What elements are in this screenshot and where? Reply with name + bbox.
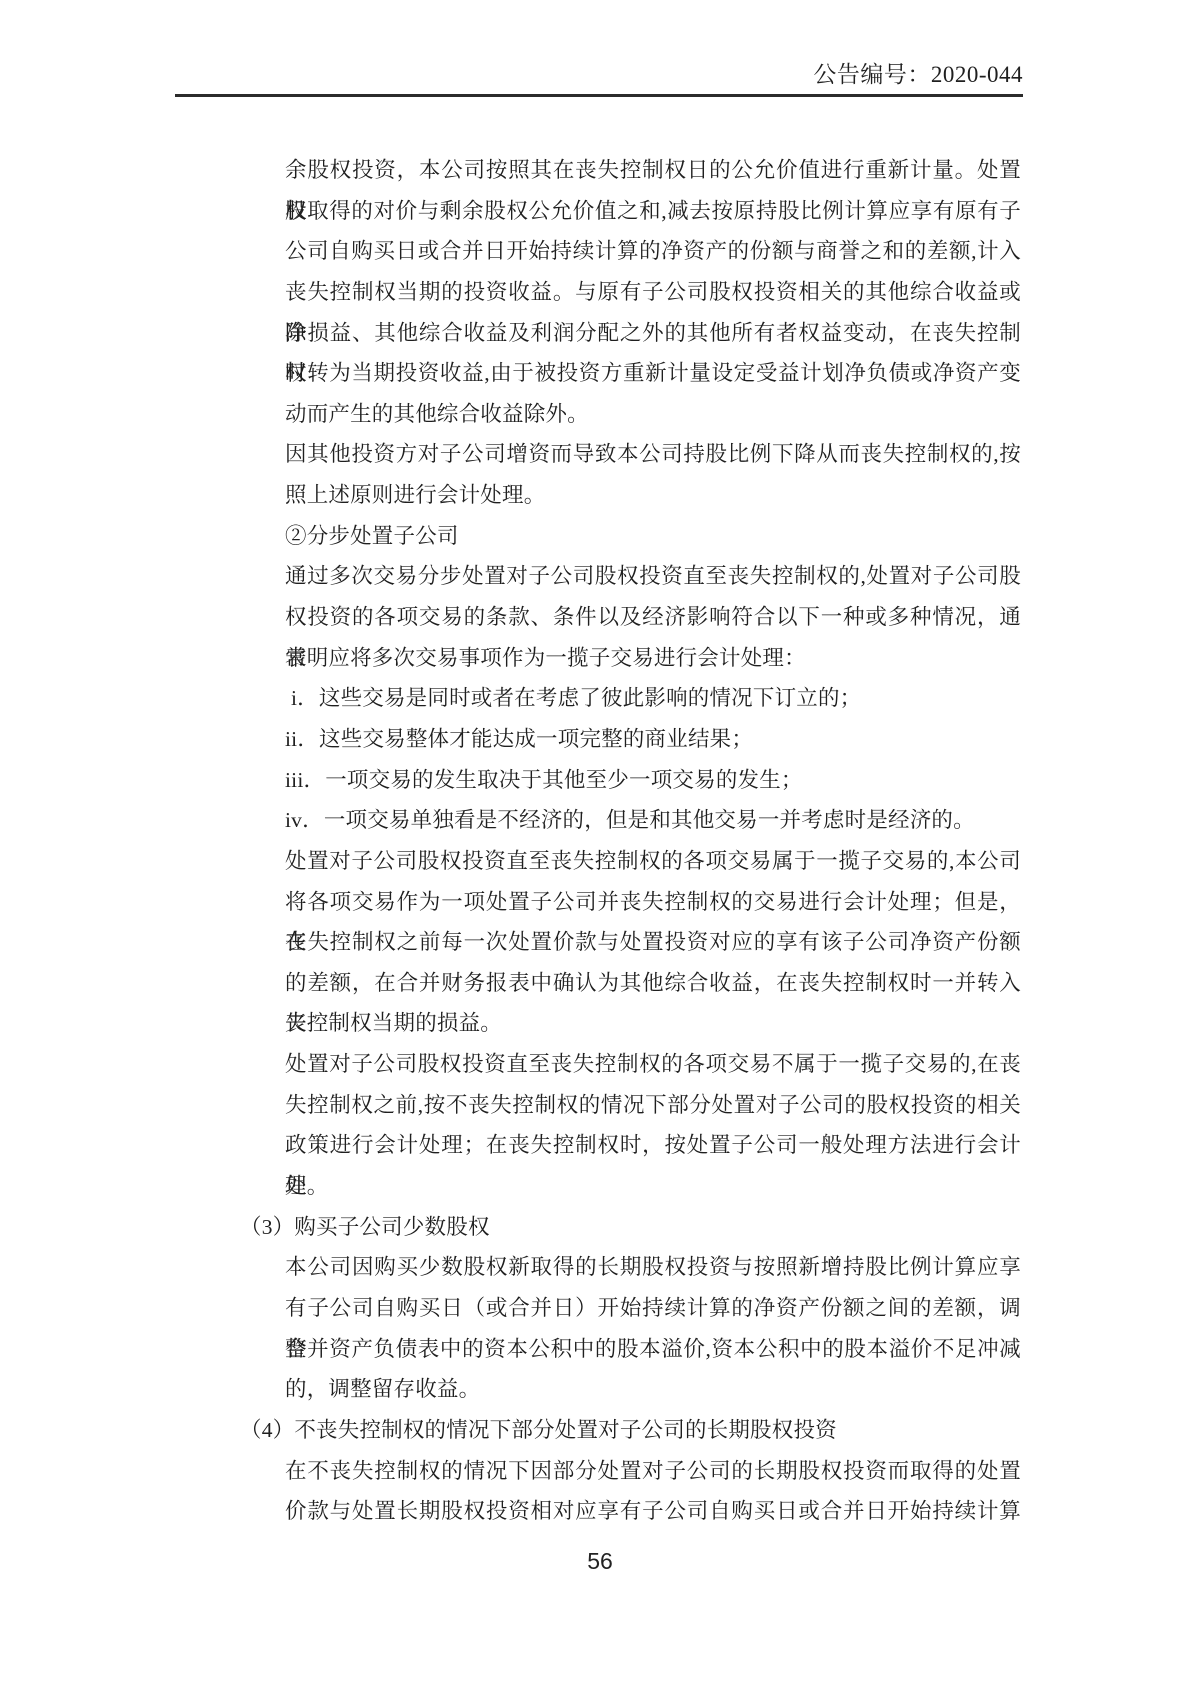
text-line: 丧失控制权之前每一次处置价款与处置投资对应的享有该子公司净资产份额	[240, 922, 1021, 963]
text-line: 权投资的各项交易的条款、条件以及经济影响符合以下一种或多种情况，通常	[240, 597, 1021, 638]
roman-list: i．这些交易是同时或者在考虑了彼此影响的情况下订立的； ii．这些交易整体才能达…	[240, 678, 1021, 841]
sub-heading: ②分步处置子公司	[240, 516, 1021, 557]
text-line: 政策进行会计处理；在丧失控制权时，按处置子公司一般处理方法进行会计处	[240, 1125, 1021, 1166]
text-line: 失控制权之前,按不丧失控制权的情况下部分处置对子公司的股权投资的相关	[240, 1085, 1021, 1126]
list-item: i．这些交易是同时或者在考虑了彼此影响的情况下订立的；	[240, 678, 1021, 719]
sub-heading-line: ②分步处置子公司	[240, 516, 1021, 557]
document-body: 余股权投资，本公司按照其在丧失控制权日的公允价值进行重新计量。处置股 权取得的对…	[240, 150, 1021, 1532]
text-line: 本公司因购买少数股权新取得的长期股权投资与按照新增持股比例计算应享	[240, 1247, 1021, 1288]
paragraph: 处置对子公司股权投资直至丧失控制权的各项交易不属于一揽子交易的,在丧 失控制权之…	[240, 1044, 1021, 1207]
text-line: 余股权投资，本公司按照其在丧失控制权日的公允价值进行重新计量。处置股	[240, 150, 1021, 191]
list-item: iv．一项交易单独看是不经济的，但是和其他交易一并考虑时是经济的。	[240, 800, 1021, 841]
paragraph: 处置对子公司股权投资直至丧失控制权的各项交易属于一揽子交易的,本公司 将各项交易…	[240, 841, 1021, 1044]
header-divider-line	[175, 94, 1023, 97]
text-line: 权取得的对价与剩余股权公允价值之和,减去按原持股比例计算应享有原有子	[240, 191, 1021, 232]
paragraph: 余股权投资，本公司按照其在丧失控制权日的公允价值进行重新计量。处置股 权取得的对…	[240, 150, 1021, 434]
text-line: 处置对子公司股权投资直至丧失控制权的各项交易不属于一揽子交易的,在丧	[240, 1044, 1021, 1085]
text-line: 的，调整留存收益。	[240, 1369, 1021, 1410]
text-line: 合并资产负债表中的资本公积中的股本溢价,资本公积中的股本溢价不足冲减	[240, 1329, 1021, 1370]
text-line: 公司自购买日或合并日开始持续计算的净资产的份额与商誉之和的差额,计入	[240, 231, 1021, 272]
text-line: 理。	[240, 1166, 1021, 1207]
text-line: 通过多次交易分步处置对子公司股权投资直至丧失控制权的,处置对子公司股	[240, 556, 1021, 597]
header-announcement-number: 公告编号：2020-044	[175, 56, 1023, 89]
paragraph: 因其他投资方对子公司增资而导致本公司持股比例下降从而丧失控制权的,按 照上述原则…	[240, 434, 1021, 515]
text-line: 处置对子公司股权投资直至丧失控制权的各项交易属于一揽子交易的,本公司	[240, 841, 1021, 882]
page-number: 56	[0, 1548, 1200, 1575]
list-item: ii．这些交易整体才能达成一项完整的商业结果；	[240, 719, 1021, 760]
text-line: 动而产生的其他综合收益除外。	[240, 394, 1021, 435]
paragraph: 通过多次交易分步处置对子公司股权投资直至丧失控制权的,处置对子公司股 权投资的各…	[240, 556, 1021, 678]
document-page: 公告编号：2020-044 余股权投资，本公司按照其在丧失控制权日的公允价值进行…	[0, 0, 1200, 1697]
text-line: 价款与处置长期股权投资相对应享有子公司自购买日或合并日开始持续计算	[240, 1491, 1021, 1532]
list-item: iii．一项交易的发生取决于其他至少一项交易的发生；	[240, 760, 1021, 801]
text-line: 将各项交易作为一项处置子公司并丧失控制权的交易进行会计处理；但是，在	[240, 882, 1021, 923]
numbered-heading-line: （4）不丧失控制权的情况下部分处置对子公司的长期股权投资	[240, 1410, 1021, 1451]
text-line: 因其他投资方对子公司增资而导致本公司持股比例下降从而丧失控制权的,按	[240, 434, 1021, 475]
text-line: 表明应将多次交易事项作为一揽子交易进行会计处理：	[240, 638, 1021, 679]
text-line: 失控制权当期的损益。	[240, 1003, 1021, 1044]
text-line: 时转为当期投资收益,由于被投资方重新计量设定受益计划净负债或净资产变	[240, 353, 1021, 394]
text-line: 的差额，在合并财务报表中确认为其他综合收益，在丧失控制权时一并转入丧	[240, 963, 1021, 1004]
text-line: 有子公司自购买日（或合并日）开始持续计算的净资产份额之间的差额，调整	[240, 1288, 1021, 1329]
numbered-heading: （3）购买子公司少数股权	[240, 1207, 1021, 1248]
paragraph: 本公司因购买少数股权新取得的长期股权投资与按照新增持股比例计算应享 有子公司自购…	[240, 1247, 1021, 1410]
text-line: 净损益、其他综合收益及利润分配之外的其他所有者权益变动，在丧失控制权	[240, 313, 1021, 354]
text-line: 在不丧失控制权的情况下因部分处置对子公司的长期股权投资而取得的处置	[240, 1451, 1021, 1492]
numbered-heading-line: （3）购买子公司少数股权	[240, 1207, 1021, 1248]
numbered-heading: （4）不丧失控制权的情况下部分处置对子公司的长期股权投资	[240, 1410, 1021, 1451]
text-line: 丧失控制权当期的投资收益。与原有子公司股权投资相关的其他综合收益或除	[240, 272, 1021, 313]
text-line: 照上述原则进行会计处理。	[240, 475, 1021, 516]
paragraph: 在不丧失控制权的情况下因部分处置对子公司的长期股权投资而取得的处置 价款与处置长…	[240, 1451, 1021, 1532]
